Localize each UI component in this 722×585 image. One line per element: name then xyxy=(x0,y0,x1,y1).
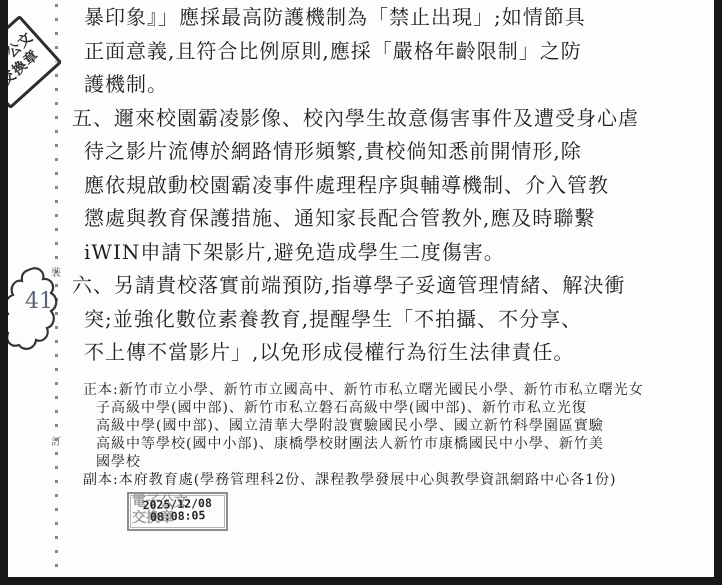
original-recipients-line: 正本:新竹市立小學、新竹市立國高中、新竹市私立曙光國民小學、新竹市私立曙光女 xyxy=(83,381,703,399)
recipients-block: 正本:新竹市立小學、新竹市立國高中、新竹市私立曙光國民小學、新竹市私立曙光女 子… xyxy=(83,381,703,489)
original-wrap-line: 高級中學(國中部)、國立清華大學附設實驗國民小學、國立新竹科學園區實驗 xyxy=(96,417,703,435)
body-line: 護機制。 xyxy=(84,68,672,102)
body-line: 待之影片流傳於網路情形頻繁,貴校倘知悉前開情形,除 xyxy=(84,135,672,169)
body-line: 不上傳不當影片」,以免形成侵權行為衍生法律責任。 xyxy=(84,336,672,370)
copy-text: 本府教育處(學務管理科2份、課程教學發展中心與教學資訊網路中心各1份) xyxy=(119,472,617,488)
body-line: 應依規啟動校園霸凌事件處理程序與輔導機制、介入管教 xyxy=(84,169,672,203)
original-wrap-line: 國學校 xyxy=(96,453,703,471)
copy-label: 副本: xyxy=(83,472,119,488)
official-document-page: 裝 訂 電子公文 交換章 41 暴印象』」應採最高防護機制為「禁止出現」;如情節… xyxy=(0,0,722,585)
original-wrap-line: 子高級中學(國中部)、新竹市私立磐石高級中學(國中部)、新竹市私立光復 xyxy=(96,399,703,417)
body-line: 正面意義,且符合比例原則,應採「嚴格年齡限制」之防 xyxy=(84,35,672,69)
body-line: iWIN申請下架影片,避免造成學生二度傷害。 xyxy=(84,236,672,270)
original-first-line: 新竹市立小學、新竹市立國高中、新竹市私立曙光國民小學、新竹市私立曙光女 xyxy=(119,382,644,398)
scan-frame-right xyxy=(714,0,722,585)
item6-first-line: 六、另請貴校落實前端預防,指導學子妥適管理情緒、解決衝 xyxy=(72,269,672,303)
body-line: 懲處與教育保護措施、通知家長配合管教外,應及時聯繫 xyxy=(84,202,672,236)
copy-recipients-line: 副本:本府教育處(學務管理科2份、課程教學發展中心與教學資訊網路中心各1份) xyxy=(83,471,703,489)
exchange-stamp-datetime: 2025/12/08 08:08:05 xyxy=(129,496,227,523)
body-line: 暴印象』」應採最高防護機制為「禁止出現」;如情節具 xyxy=(84,1,672,35)
corner-exchange-stamp: 電子公文 交換章 xyxy=(0,15,62,109)
original-wrap-line: 高級中等學校(國中小部)、康橋學校財團法人新竹市康橋國民中小學、新竹美 xyxy=(96,435,703,453)
original-label: 正本: xyxy=(83,382,119,398)
seal-number: 41 xyxy=(25,289,53,314)
scan-frame-bottom xyxy=(0,577,722,585)
page-number-seal: 41 xyxy=(4,266,58,354)
body-text: 暴印象』」應採最高防護機制為「禁止出現」;如情節具 正面意義,且符合比例原則,應… xyxy=(72,1,672,370)
item5-first-line: 五、邇來校園霸凌影像、校內學生故意傷害事件及遭受身心虐 xyxy=(72,102,672,136)
binding-char-ding: 訂 xyxy=(51,433,61,448)
electronic-exchange-stamp: 電子公文 交換章 2025/12/08 08:08:05 xyxy=(127,492,228,531)
scan-frame-left xyxy=(0,0,8,585)
body-line: 突;並強化數位素養教育,提醒學生「不拍攝、不分享、 xyxy=(84,303,672,337)
